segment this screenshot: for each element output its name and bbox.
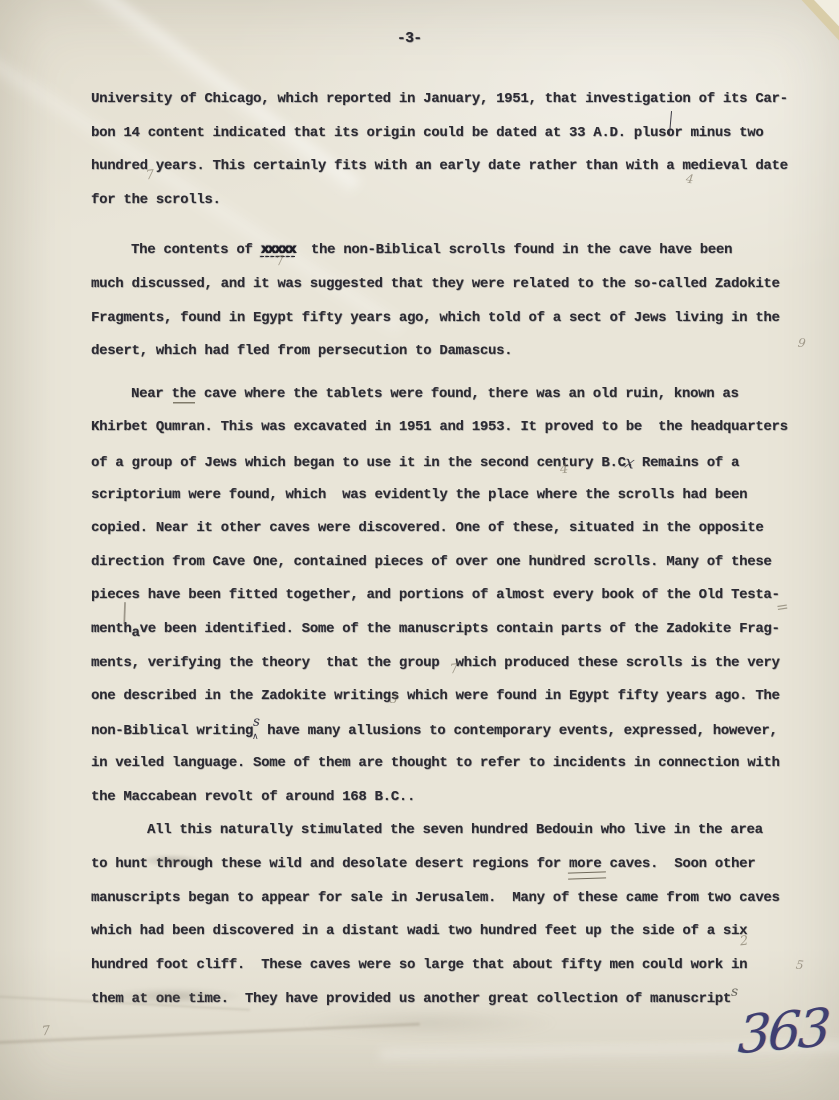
typed-segment: cave where the tablets were found, there… — [196, 386, 739, 402]
text-line: manuscripts began to appear for sale in … — [91, 882, 811, 916]
typed-segment: Near — [131, 386, 172, 402]
typed-segment: bon 14 content indicated that its origin… — [91, 125, 666, 141]
text-line: scriptorium were found, which was eviden… — [91, 479, 811, 513]
text-line: for the scrolls. — [91, 184, 811, 218]
paragraph: All this naturally stimulated the seven … — [91, 814, 811, 1016]
text-line: Near the cave where the tablets were fou… — [91, 378, 811, 412]
typed-segment: direction from Cave One, contained piece… — [91, 554, 772, 570]
typed-segment: desert, which had fled from persecution … — [91, 343, 512, 359]
paragraph: University of Chicago, which reported in… — [91, 83, 811, 217]
text-line: ments, verifying the theory that the gro… — [91, 647, 811, 681]
text-line: bon 14 content indicated that its origin… — [91, 117, 811, 151]
text-line: to hunt through these wild and desolate … — [91, 848, 811, 882]
text-line: much discussed, and it was suggested tha… — [91, 268, 811, 302]
text-line: pieces have been fitted together, and po… — [91, 579, 811, 613]
text-line: direction from Cave One, contained piece… — [91, 546, 811, 580]
slash-through: o — [666, 117, 674, 151]
text-line: the Maccabean revolt of around 168 B.C.. — [91, 781, 811, 815]
folded-corner — [787, 0, 839, 44]
typed-segment: Remains of a — [634, 455, 739, 471]
typed-segment: The contents of — [131, 242, 261, 258]
typed-segment: one described in the Zadokite writings w… — [91, 688, 780, 704]
typed-segment: for the scrolls. — [91, 192, 221, 208]
text-line: University of Chicago, which reported in… — [91, 83, 811, 117]
typed-segment: r minus two — [674, 125, 763, 141]
typed-segment: the non-Biblical scrolls found in the ca… — [295, 242, 732, 258]
typed-segment: of a group of Jews which began to use it… — [91, 455, 634, 471]
typed-segment: them at one time. They have provided us … — [91, 991, 731, 1007]
pencil-mark: 7 — [41, 1024, 51, 1040]
paper-crease — [0, 1023, 420, 1045]
typed-segment: have many allusions to contemporary even… — [259, 723, 778, 739]
text-line: in veiled language. Some of them are tho… — [91, 747, 811, 781]
text-line: desert, which had fled from persecution … — [91, 335, 811, 369]
document-page: -3- University of Chicago, which reporte… — [0, 0, 839, 1100]
text-line: non-Biblical writings have many allusion… — [91, 714, 811, 748]
pencil-underline: the — [172, 386, 196, 402]
text-line: them at one time. They have provided us … — [91, 982, 811, 1016]
struck-word: xxxxx — [261, 242, 295, 258]
text-line: one described in the Zadokite writings w… — [91, 680, 811, 714]
typed-segment: hundred years. This certainly fits with … — [91, 158, 788, 174]
paragraph: Near the cave where the tablets were fou… — [91, 378, 811, 815]
text-line: menthave been identified. Some of the ma… — [91, 613, 811, 647]
pencil-double-underline: more — [569, 856, 601, 872]
text-line: Khirbet Qumran. This was excavated in 19… — [91, 411, 811, 445]
typed-segment: Khirbet Qumran. This was excavated in 19… — [91, 419, 788, 435]
typed-segment: hundred foot cliff. These caves were so … — [91, 957, 747, 973]
text-line: which had been discovered in a distant w… — [91, 915, 811, 949]
page-number: -3- — [397, 31, 422, 47]
inserted-letter: s — [253, 706, 259, 740]
paragraph: The contents of xxxxx the non-Biblical s… — [91, 234, 811, 368]
typed-segment: ve been identified. Some of the manuscri… — [140, 621, 780, 637]
typed-segment: All this naturally stimulated the seven … — [147, 822, 763, 838]
typed-segment: to hunt through these wild and desolate … — [91, 856, 569, 872]
typed-text: University of Chicago, which reported in… — [91, 83, 811, 1016]
typed-segment: pieces have been fitted together, and po… — [91, 587, 780, 603]
text-line: hundred years. This certainly fits with … — [91, 150, 811, 184]
text-line: The contents of xxxxx the non-Biblical s… — [91, 234, 811, 268]
text-line: hundred foot cliff. These caves were so … — [91, 949, 811, 983]
typed-segment: much discussed, and it was suggested tha… — [91, 276, 780, 292]
pen-s: s — [731, 976, 737, 1010]
typed-segment: menth — [91, 621, 132, 637]
typed-segment: copied. Near it other caves were discove… — [91, 520, 763, 536]
text-line: of a group of Jews which began to use it… — [91, 445, 811, 479]
typed-segment: caves. Soon other — [601, 856, 755, 872]
dropped-letter: a — [132, 617, 140, 651]
typed-segment: Fragments, found in Egypt fifty years ag… — [91, 310, 780, 326]
text-line: copied. Near it other caves were discove… — [91, 512, 811, 546]
typed-segment: ments, verifying the theory that the gro… — [91, 655, 780, 671]
typed-segment: University of Chicago, which reported in… — [91, 91, 788, 107]
text-line: Fragments, found in Egypt fifty years ag… — [91, 302, 811, 336]
typed-segment: manuscripts began to appear for sale in … — [91, 890, 780, 906]
text-line: All this naturally stimulated the seven … — [91, 814, 811, 848]
typed-segment: the Maccabean revolt of around 168 B.C.. — [91, 789, 415, 805]
typed-segment: in veiled language. Some of them are tho… — [91, 755, 780, 771]
typed-segment: scriptorium were found, which was eviden… — [91, 487, 747, 503]
handwritten-page-number: 363 — [737, 998, 830, 1066]
typed-segment: non-Biblical writing — [91, 723, 253, 739]
typed-segment: which had been discovered in a distant w… — [91, 923, 747, 939]
